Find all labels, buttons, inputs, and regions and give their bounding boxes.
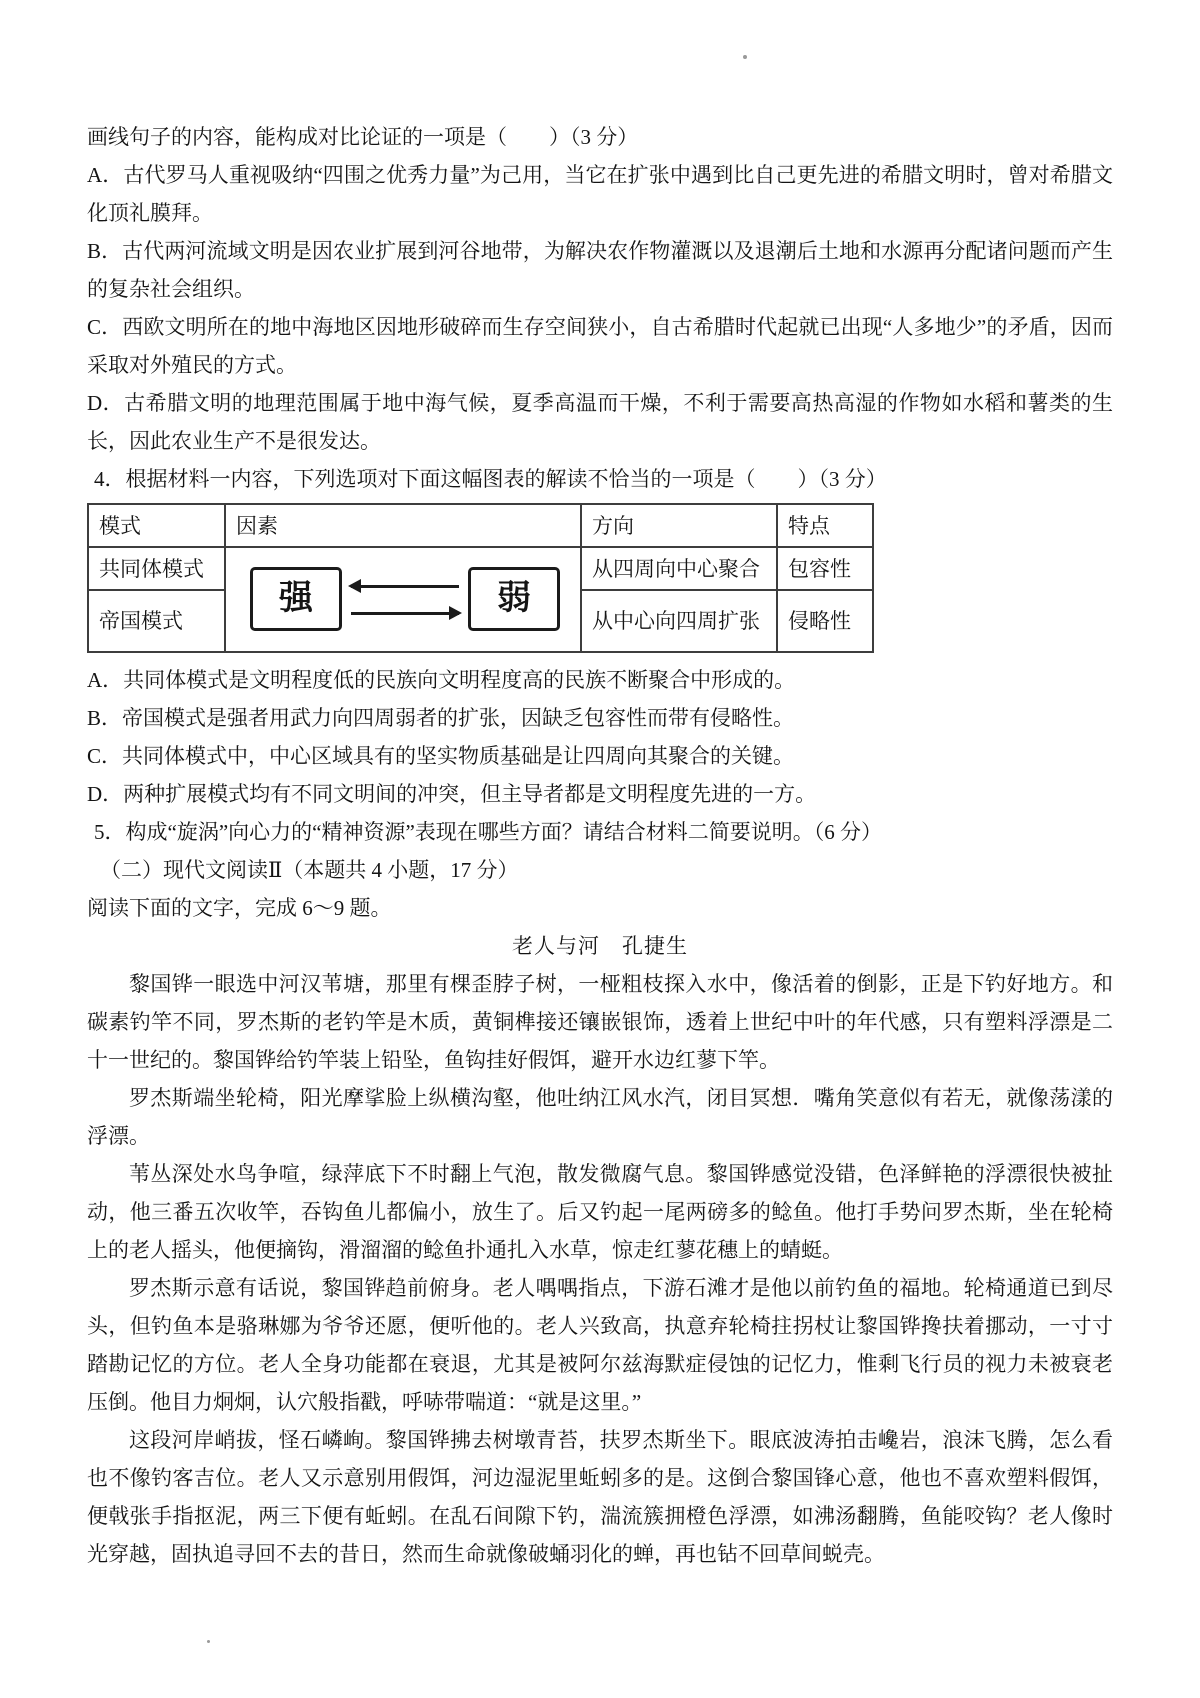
question-3-option-a: A．古代罗马人重视吸纳“四围之优秀力量”为己用，当它在扩张中遇到比自己更先进的希… — [87, 156, 1113, 232]
cell-direction-empire: 从中心向四周扩张 — [581, 590, 777, 652]
question-4-option-b: B．帝国模式是强者用武力向四周弱者的扩张，因缺乏包容性而带有侵略性。 — [87, 699, 1113, 737]
strong-weak-diagram: 强 弱 — [236, 549, 580, 650]
table-header-row: 模式 因素 方向 特点 — [88, 504, 873, 547]
passage-paragraph-1: 黎国铧一眼选中河汉苇塘，那里有棵歪脖子树，一桠粗枝探入水中，像活着的倒影，正是下… — [87, 965, 1113, 1079]
section-2-heading: （二）现代文阅读Ⅱ（本题共 4 小题，17 分） — [87, 851, 1113, 889]
scan-speck — [207, 1640, 210, 1643]
table-row-community: 共同体模式 强 弱 从四周向中心聚合 包容性 — [88, 547, 873, 590]
question-4-option-c: C．共同体模式中，中心区域具有的坚实物质基础是让四周向其聚合的关键。 — [87, 737, 1113, 775]
question-5-stem: 5．构成“旋涡”向心力的“精神资源”表现在哪些方面？请结合材料二简要说明。（6 … — [87, 813, 1113, 851]
scan-speck — [743, 55, 747, 59]
cell-direction-community: 从四周向中心聚合 — [581, 547, 777, 590]
exam-page-content: 画线句子的内容，能构成对比论证的一项是（ ）（3 分） A．古代罗马人重视吸纳“… — [87, 118, 1113, 1573]
cell-feature-community: 包容性 — [777, 547, 873, 590]
header-feature: 特点 — [777, 504, 873, 547]
cell-feature-empire: 侵略性 — [777, 590, 873, 652]
mode-comparison-table: 模式 因素 方向 特点 共同体模式 强 弱 从四周向中心聚合 包容性 帝国模式 … — [87, 503, 874, 653]
arrow-weak-to-strong-icon — [351, 585, 459, 588]
question-4-option-a: A．共同体模式是文明程度低的民族向文明程度高的民族不断聚合中形成的。 — [87, 661, 1113, 699]
question-3-stem: 画线句子的内容，能构成对比论证的一项是（ ）（3 分） — [87, 118, 1113, 156]
header-factor: 因素 — [225, 504, 581, 547]
cell-mode-community: 共同体模式 — [88, 547, 225, 590]
passage-paragraph-2: 罗杰斯端坐轮椅，阳光摩挲脸上纵横沟壑，他吐纳江风水汽，闭目冥想．嘴角笑意似有若无… — [87, 1079, 1113, 1155]
header-mode: 模式 — [88, 504, 225, 547]
question-4-option-d: D．两种扩展模式均有不同文明间的冲突，但主导者都是文明程度先进的一方。 — [87, 775, 1113, 813]
question-3-option-d: D．古希腊文明的地理范围属于地中海气候，夏季高温而干燥，不利于需要高热高湿的作物… — [87, 384, 1113, 460]
arrow-strong-to-weak-icon — [351, 612, 459, 615]
strong-box: 强 — [250, 567, 342, 631]
header-direction: 方向 — [581, 504, 777, 547]
weak-box: 弱 — [468, 567, 560, 631]
question-3-option-c: C．西欧文明所在的地中海地区因地形破碎而生存空间狭小，自古希腊时代起就已出现“人… — [87, 308, 1113, 384]
reading-instruction: 阅读下面的文字，完成 6～9 题。 — [87, 889, 1113, 927]
passage-paragraph-4: 罗杰斯示意有话说，黎国铧趋前俯身。老人喁喁指点，下游石滩才是他以前钓鱼的福地。轮… — [87, 1269, 1113, 1421]
passage-paragraph-5: 这段河岸峭拔，怪石嶙峋。黎国铧拂去树墩青苔，扶罗杰斯坐下。眼底波涛拍击巉岩，浪沫… — [87, 1421, 1113, 1573]
question-4-stem: 4．根据材料一内容，下列选项对下面这幅图表的解读不恰当的一项是（ ）（3 分） — [87, 460, 1113, 498]
passage-paragraph-3: 苇丛深处水鸟争喧，绿萍底下不时翻上气泡，散发微腐气息。黎国铧感觉没错，色泽鲜艳的… — [87, 1155, 1113, 1269]
cell-mode-empire: 帝国模式 — [88, 590, 225, 652]
passage-title: 老人与河 孔捷生 — [87, 927, 1113, 965]
factor-diagram-cell: 强 弱 — [225, 547, 581, 652]
question-3-option-b: B．古代两河流域文明是因农业扩展到河谷地带，为解决农作物灌溉以及退潮后土地和水源… — [87, 232, 1113, 308]
